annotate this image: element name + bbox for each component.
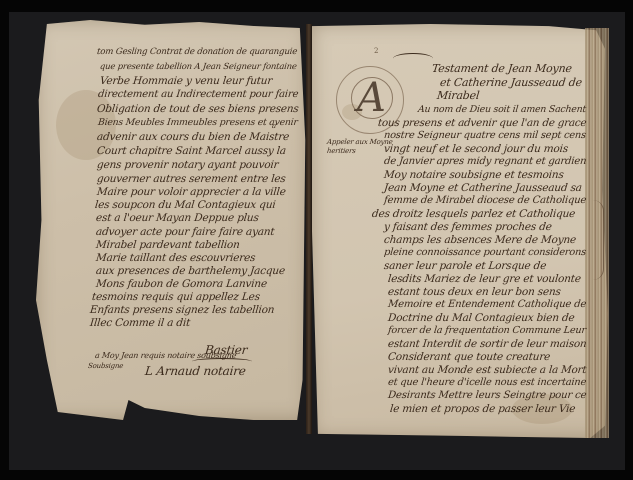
manuscript-line: vingt neuf et le second jour du mois <box>383 143 568 155</box>
manuscript-line: advoyer acte pour faire faire ayant <box>95 226 275 238</box>
manuscript-line: y faisant des femmes proches de <box>383 221 552 233</box>
manuscript-line: nostre Seigneur quatre cens mil sept cen… <box>383 130 586 141</box>
book-gutter <box>306 24 312 434</box>
manuscript-line: Mirabel pardevant tabellion <box>95 239 240 251</box>
manuscript-line: pleine connoissance pourtant considerons <box>383 247 586 258</box>
manuscript-line: et que l'heure d'icelle nous est incerta… <box>387 377 586 388</box>
margin-note: heritiers <box>327 147 356 155</box>
manuscript-line: tom Gesling Contrat de donation de quara… <box>96 47 297 57</box>
page-number: 2 <box>374 47 378 55</box>
manuscript-line: champs les absences Mere de Moyne <box>383 234 576 246</box>
notary-signature: L Arnaud notaire <box>144 364 246 378</box>
manuscript-line: Moy notaire soubsigne et tesmoins <box>383 169 564 181</box>
decorative-initial-a: A <box>357 75 386 121</box>
manuscript-line: Mons faubon de Gomora Lanvine <box>95 278 267 290</box>
manuscript-line: des droitz lesquels parlez et Catholique <box>371 208 575 220</box>
manuscript-line: tesmoins requis qui appellez Les <box>91 291 260 303</box>
margin-note: a <box>272 122 277 130</box>
manuscript-line: Desirants Mettre leurs Seingtre pour ce <box>387 390 586 401</box>
manuscript-line: les soupcon du Mal Contagieux qui <box>94 199 276 211</box>
manuscript-line: Marie taillant des escouvrieres <box>95 252 256 264</box>
manuscript-line: advenir aux cours du bien de Maistre <box>96 131 289 143</box>
manuscript-line: gouverner autres serement entre les <box>96 173 286 185</box>
manuscript-line: Doctrine du Mal Contagieux bien de <box>387 312 575 324</box>
manuscript-line: saner leur parole et Lorsque de <box>383 260 546 272</box>
heading-line: Testament de Jean Moyne <box>431 62 572 75</box>
manuscript-line: femme de Mirabel diocese de Catholique <box>383 195 586 206</box>
heading-flourish <box>393 53 433 64</box>
manuscript-line: Court chapitre Saint Marcel aussy la <box>96 145 286 157</box>
heading-line: et Catherine Jausseaud de <box>439 76 582 89</box>
manuscript-line: Maire pour voloir apprecier a la ville <box>96 186 286 198</box>
signature-attestation: a Moy Jean requis notaire soubsigne <box>95 351 237 360</box>
manuscript-line: Au nom de Dieu soit il amen Sachent <box>417 104 586 115</box>
manuscript-line: Enfants presens signez les tabellion <box>89 304 275 316</box>
manuscript-line: Biens Meubles Immeubles presens et aveni… <box>97 117 298 128</box>
manuscript-line: vivant au Monde est subiecte a la Mort <box>387 364 587 376</box>
manuscript-line: estant tous deux en leur bon sens <box>387 286 561 298</box>
manuscript-line: Obligation de tout de ses biens presens <box>96 103 299 115</box>
manuscript-line: aux presences de barthelemy Jacque <box>95 265 285 277</box>
manuscript-line: de Janvier apres midy regnant et gardien <box>383 156 586 167</box>
manuscript-line: tous presens et advenir que l'an de grac… <box>377 117 587 129</box>
manuscript-line: Verbe Hommaie y venu leur futur <box>99 75 272 87</box>
manuscript-line: est a l'oeur Mayan Deppue plus <box>95 212 259 224</box>
manuscript-line: Considerant que toute creature <box>387 351 550 363</box>
manuscript-line: forcer de la frequentation Commune Leur <box>387 325 586 336</box>
manuscript-line: estant Interdit de sortir de leur maison <box>387 338 587 350</box>
manuscript-line: que presente tabellion A Jean Seigneur f… <box>99 61 297 71</box>
signature-note: Soubsigne <box>88 362 124 370</box>
manuscript-line: directement au Indirectement pour faire <box>97 89 298 100</box>
manuscript-line: Jean Moyne et Catherine Jausseaud sa <box>383 182 582 194</box>
manuscript-line: le mien et propos de passer leur Vie <box>389 403 575 415</box>
heading-line: Mirabel <box>436 89 480 102</box>
manuscript-line: gens provenir notary ayant pouvoir <box>96 159 279 171</box>
manuscript-line: lesdits Mariez de leur gre et voulonte <box>387 273 581 285</box>
manuscript-line: Memoire et Entendement Catholique de <box>387 299 586 310</box>
text-bracket-mark <box>593 200 604 280</box>
manuscript-line: Illec Comme il a dit <box>89 317 190 329</box>
